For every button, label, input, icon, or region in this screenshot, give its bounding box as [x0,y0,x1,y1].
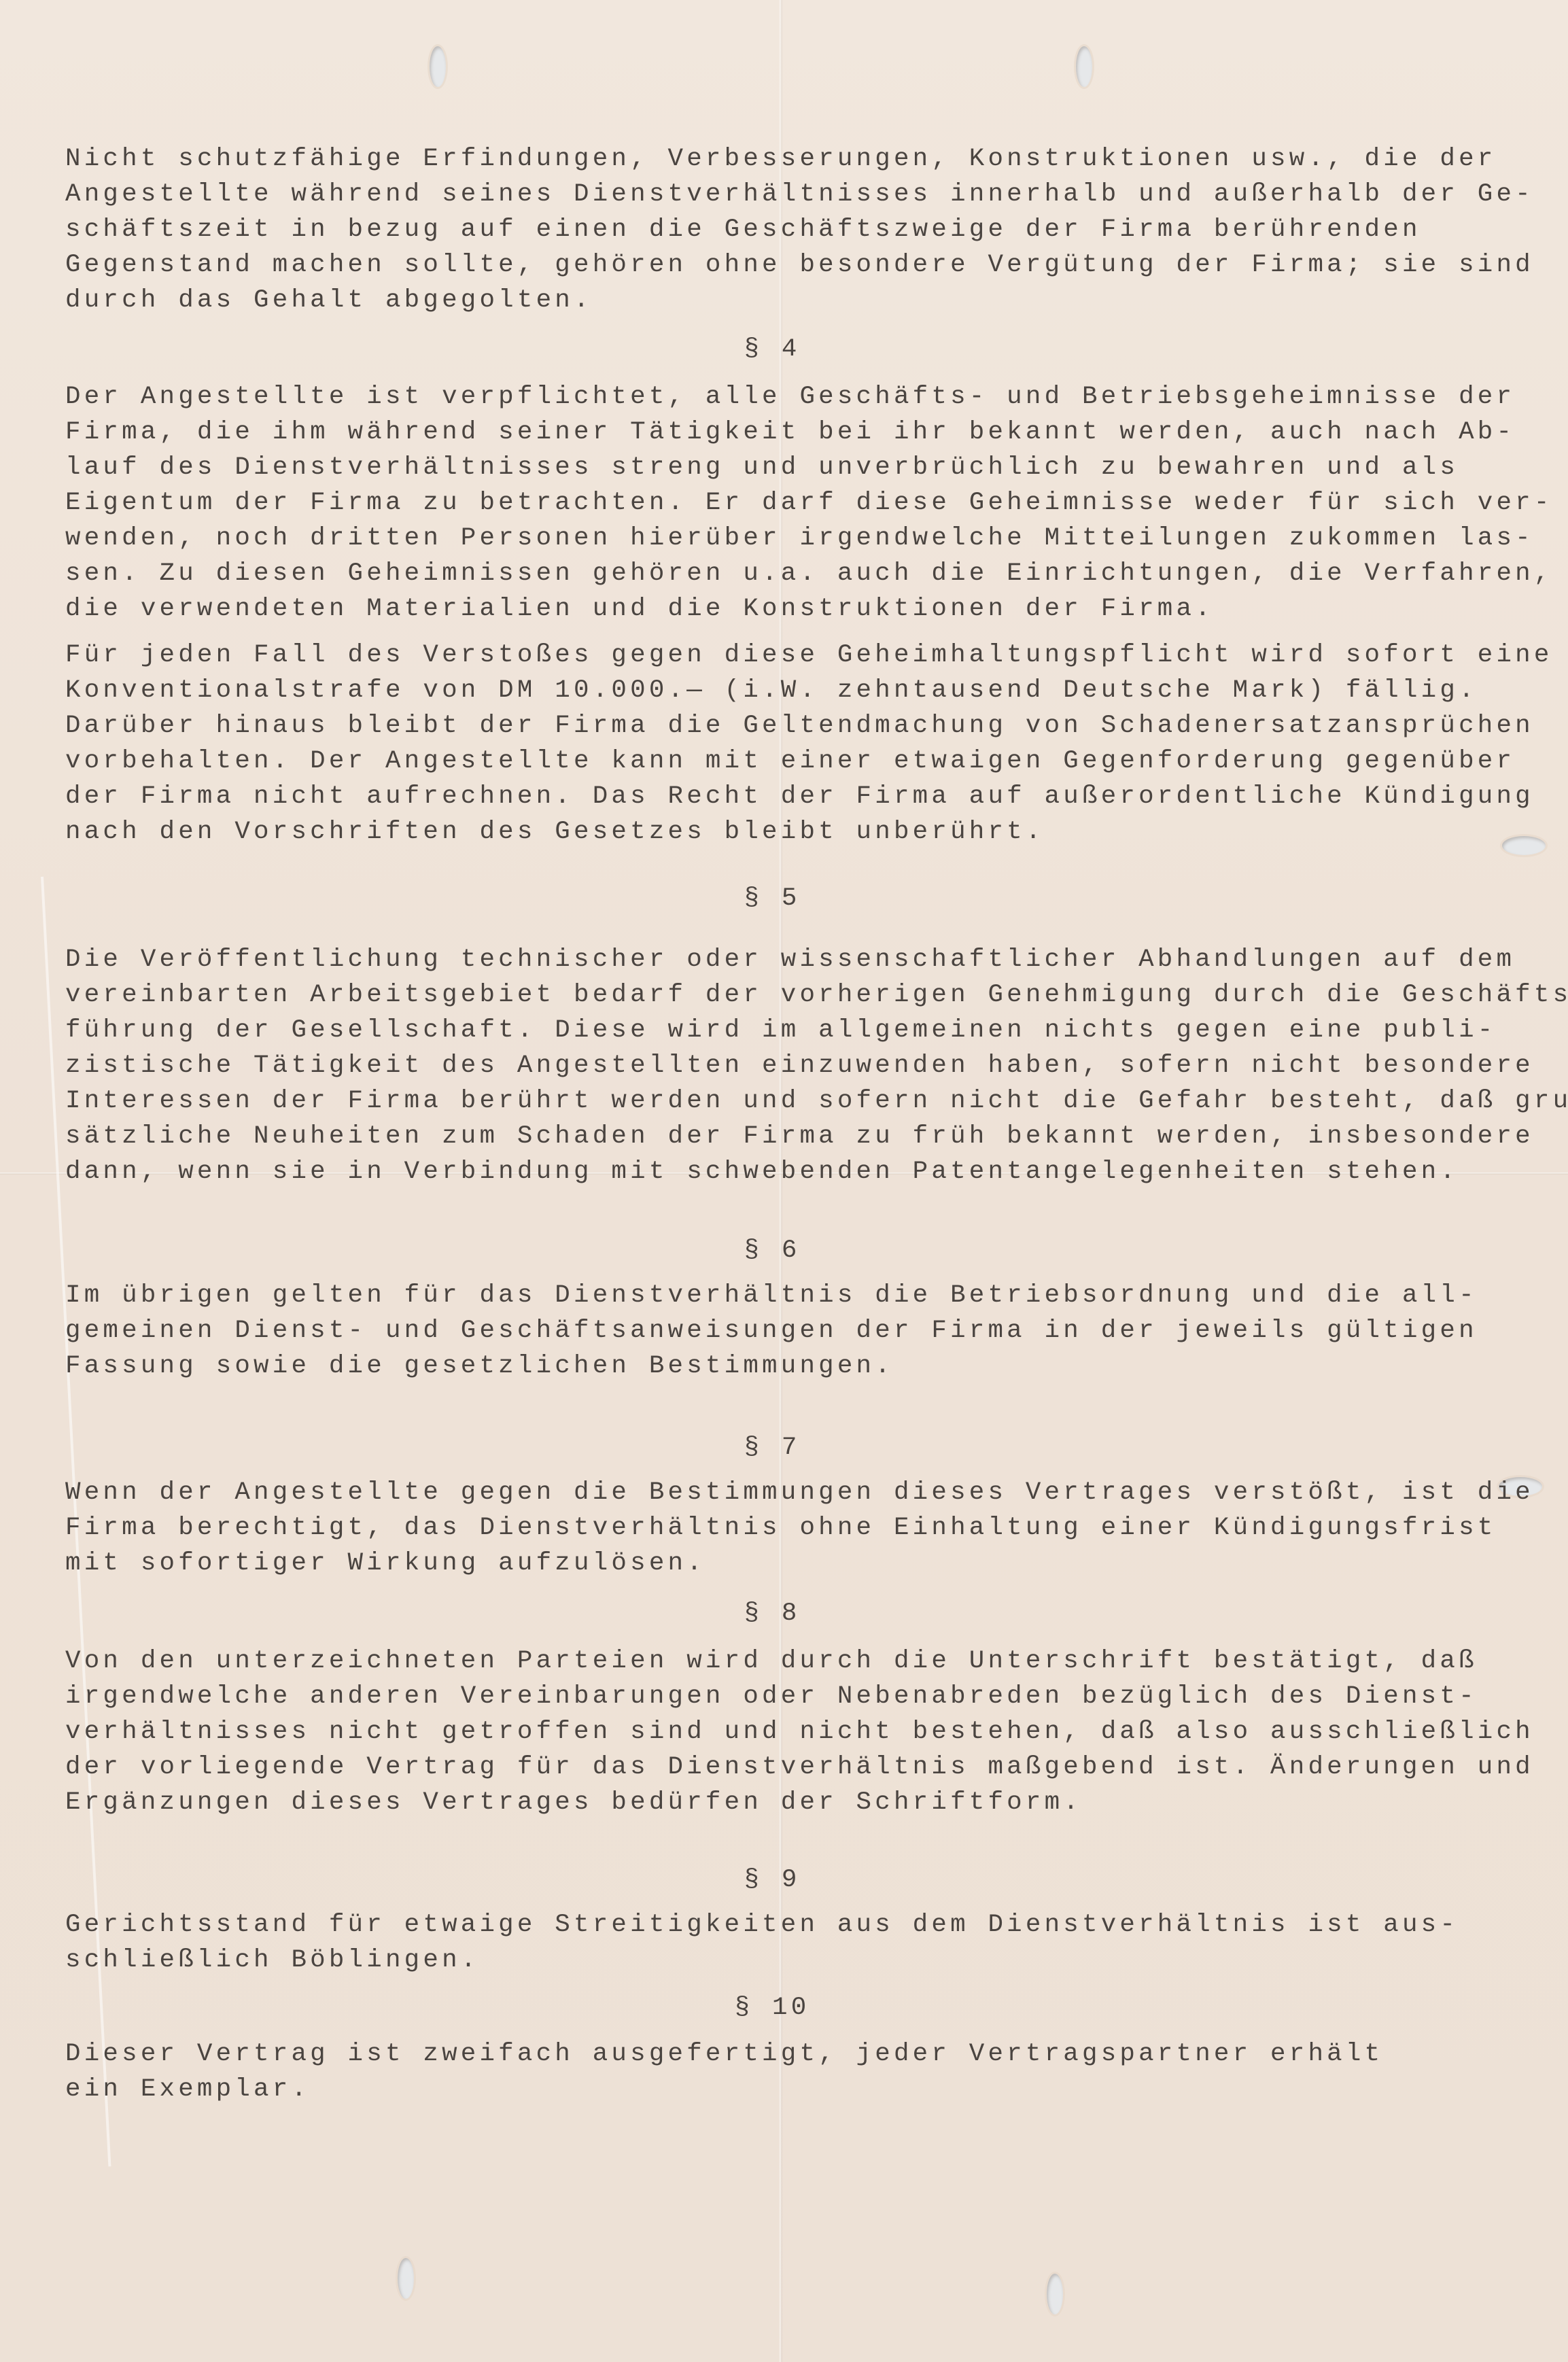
text-line: Die Veröffentlichung technischer oder wi… [65,942,1520,977]
text-line: Wenn der Angestellte gegen die Bestimmun… [65,1475,1520,1510]
text-line: Darüber hinaus bleibt der Firma die Gelt… [65,708,1520,744]
text-line: Nicht schutzfähige Erfindungen, Verbesse… [65,141,1520,177]
text-line: Fassung sowie die gesetzlichen Bestimmun… [65,1349,1520,1384]
text-line: gemeinen Dienst- und Geschäftsanweisunge… [65,1313,1520,1349]
punch-hole-bottom-left [398,2258,414,2299]
text-line: Für jeden Fall des Verstoßes gegen diese… [65,638,1520,673]
text-line: der vorliegende Vertrag für das Dienstve… [65,1750,1520,1785]
text-line: die verwendeten Materialien und die Kons… [65,591,1520,627]
section-title-8: § 8 [65,1596,1520,1631]
section-6-paragraph: Im übrigen gelten für das Dienstverhältn… [65,1278,1520,1384]
text-line: Von den unterzeichneten Parteien wird du… [65,1644,1520,1679]
section-4-paragraph-2: Für jeden Fall des Verstoßes gegen diese… [65,638,1520,850]
text-line: Interessen der Firma berührt werden und … [65,1083,1520,1119]
text-line: Angestellte während seines Dienstverhält… [65,177,1520,212]
text-line: ein Exemplar. [65,2072,1520,2107]
section-5-paragraph: Die Veröffentlichung technischer oder wi… [65,942,1520,1189]
text-line: zistische Tätigkeit des Angestellten ein… [65,1048,1520,1083]
intro-paragraph: Nicht schutzfähige Erfindungen, Verbesse… [65,141,1520,318]
text-line: sätzliche Neuheiten zum Schaden der Firm… [65,1119,1520,1154]
text-line: Gerichtsstand für etwaige Streitigkeiten… [65,1907,1520,1943]
text-line: Dieser Vertrag ist zweifach ausgefertigt… [65,2036,1520,2072]
section-10-paragraph: Dieser Vertrag ist zweifach ausgefertigt… [65,2036,1520,2107]
text-line: Firma, die ihm während seiner Tätigkeit … [65,415,1520,450]
text-line: dann, wenn sie in Verbindung mit schwebe… [65,1154,1520,1189]
text-line: Der Angestellte ist verpflichtet, alle G… [65,379,1520,415]
section-9-paragraph: Gerichtsstand für etwaige Streitigkeiten… [65,1907,1520,1978]
text-line: sen. Zu diesen Geheimnissen gehören u.a.… [65,556,1520,591]
punch-hole-top-left [430,46,446,87]
text-line: Gegenstand machen sollte, gehören ohne b… [65,247,1520,283]
text-line: Im übrigen gelten für das Dienstverhältn… [65,1278,1520,1313]
text-line: lauf des Dienstverhältnisses streng und … [65,450,1520,485]
text-line: Konventionalstrafe von DM 10.000.— (i.W.… [65,673,1520,708]
text-line: Eigentum der Firma zu betrachten. Er dar… [65,485,1520,521]
text-line: Ergänzungen dieses Vertrages bedürfen de… [65,1785,1520,1820]
section-4-paragraph-1: Der Angestellte ist verpflichtet, alle G… [65,379,1520,627]
section-title-4: § 4 [65,332,1520,367]
punch-hole-top-right [1076,46,1092,87]
text-line: verhältnisses nicht getroffen sind und n… [65,1714,1520,1750]
contract-text: Nicht schutzfähige Erfindungen, Verbesse… [65,141,1520,2107]
section-title-10: § 10 [65,1990,1520,2026]
section-title-6: § 6 [65,1233,1520,1268]
text-line: durch das Gehalt abgegolten. [65,283,1520,318]
text-line: vereinbarten Arbeitsgebiet bedarf der vo… [65,977,1520,1013]
text-line: Firma berechtigt, das Dienstverhältnis o… [65,1510,1520,1546]
text-line: wenden, noch dritten Personen hierüber i… [65,521,1520,556]
text-line: irgendwelche anderen Vereinbarungen oder… [65,1679,1520,1714]
section-title-5: § 5 [65,881,1520,916]
text-line: der Firma nicht aufrechnen. Das Recht de… [65,779,1520,814]
text-line: schäftszeit in bezug auf einen die Gesch… [65,212,1520,247]
text-line: mit sofortiger Wirkung aufzulösen. [65,1546,1520,1581]
section-8-paragraph: Von den unterzeichneten Parteien wird du… [65,1644,1520,1820]
punch-hole-bottom-right [1047,2274,1063,2314]
text-line: nach den Vorschriften des Gesetzes bleib… [65,814,1520,850]
section-title-7: § 7 [65,1430,1520,1465]
text-line: vorbehalten. Der Angestellte kann mit ei… [65,744,1520,779]
section-7-paragraph: Wenn der Angestellte gegen die Bestimmun… [65,1475,1520,1581]
text-line: führung der Gesellschaft. Diese wird im … [65,1013,1520,1048]
text-line: schließlich Böblingen. [65,1943,1520,1978]
section-title-9: § 9 [65,1862,1520,1898]
